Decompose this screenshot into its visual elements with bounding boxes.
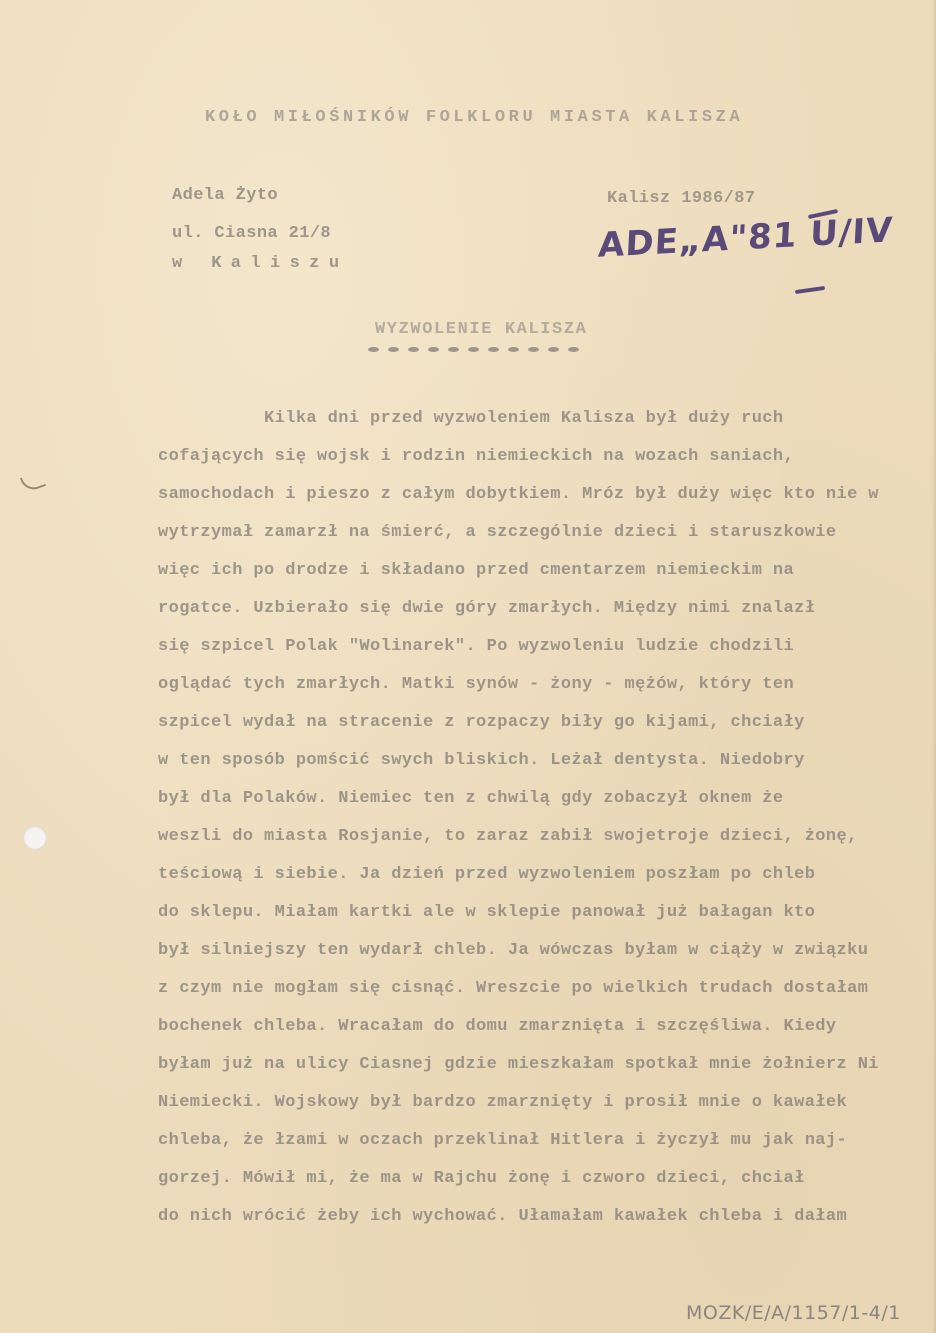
body-line: weszli do miasta Rosjanie, to zaraz zabi… xyxy=(158,828,858,845)
underline-dash xyxy=(488,347,499,352)
underline-dash xyxy=(388,347,399,352)
underline-dash xyxy=(468,347,479,352)
body-line: więc ich po drodze i składano przed cmen… xyxy=(158,562,794,579)
archive-number: MOZK/E/A/1157/1-4/1 xyxy=(686,1302,901,1324)
body-line: był dla Polaków. Niemiec ten z chwilą gd… xyxy=(158,790,784,807)
underline-dash xyxy=(508,347,519,352)
body-line: gorzej. Mówił mi, że ma w Rajchu żonę i … xyxy=(158,1170,805,1187)
body-line: oglądać tych zmarłych. Matki synów - żon… xyxy=(158,676,794,693)
handwritten-annotation: ADE„A"81 U/IV xyxy=(597,210,894,266)
body-line: chleba, że łzami w oczach przeklinał Hit… xyxy=(158,1132,847,1149)
body-line: był silniejszy ten wydarł chleb. Ja wówc… xyxy=(158,942,868,959)
body-line: bochenek chleba. Wracałam do domu zmarzn… xyxy=(158,1018,837,1035)
title-underline xyxy=(368,347,579,352)
underline-dash xyxy=(568,347,579,352)
sender-name: Adela Żyto xyxy=(172,186,278,205)
underline-dash xyxy=(448,347,459,352)
punch-hole xyxy=(23,826,47,850)
underline-dash xyxy=(408,347,419,352)
body-line: Kilka dni przed wyzwoleniem Kalisza był … xyxy=(158,410,784,427)
handwritten-underline xyxy=(795,286,825,294)
body-line: teściową i siebie. Ja dzień przed wyzwol… xyxy=(158,866,815,883)
body-line: z czym nie mogłam się cisnąć. Wreszcie p… xyxy=(158,980,868,997)
sender-city: w Kaliszu xyxy=(172,254,348,273)
body-line: do nich wrócić żeby ich wychować. Ułamał… xyxy=(158,1208,847,1225)
organization-header: KOŁO MIŁOŚNIKÓW FOLKLORU MIASTA KALISZA xyxy=(205,108,743,127)
body-line: do sklepu. Miałam kartki ale w sklepie p… xyxy=(158,904,815,921)
body-line: Niemiecki. Wojskowy był bardzo zmarznięt… xyxy=(158,1094,847,1111)
underline-dash xyxy=(368,347,379,352)
sender-street: ul. Ciasna 21/8 xyxy=(172,224,331,243)
paper-edge xyxy=(932,0,936,1333)
body-line: w ten sposób pomścić swych bliskich. Leż… xyxy=(158,752,805,769)
document-page: KOŁO MIŁOŚNIKÓW FOLKLORU MIASTA KALISZA … xyxy=(0,0,936,1333)
document-title: WYZWOLENIE KALISZA xyxy=(375,320,587,339)
paper-mark xyxy=(20,471,46,494)
underline-dash xyxy=(428,347,439,352)
body-line: cofających się wojsk i rodzin niemieckic… xyxy=(158,448,794,465)
underline-dash xyxy=(528,347,539,352)
body-line: się szpicel Polak "Wolinarek". Po wyzwol… xyxy=(158,638,794,655)
body-line: szpicel wydał na stracenie z rozpaczy bi… xyxy=(158,714,805,731)
body-line: wytrzymał zamarzł na śmierć, a szczególn… xyxy=(158,524,837,541)
place-date: Kalisz 1986/87 xyxy=(607,189,755,208)
body-line: rogatce. Uzbierało się dwie góry zmarłyc… xyxy=(158,600,815,617)
underline-dash xyxy=(548,347,559,352)
body-line: byłam już na ulicy Ciasnej gdzie mieszka… xyxy=(158,1056,879,1073)
body-line: samochodach i pieszo z całym dobytkiem. … xyxy=(158,486,879,503)
